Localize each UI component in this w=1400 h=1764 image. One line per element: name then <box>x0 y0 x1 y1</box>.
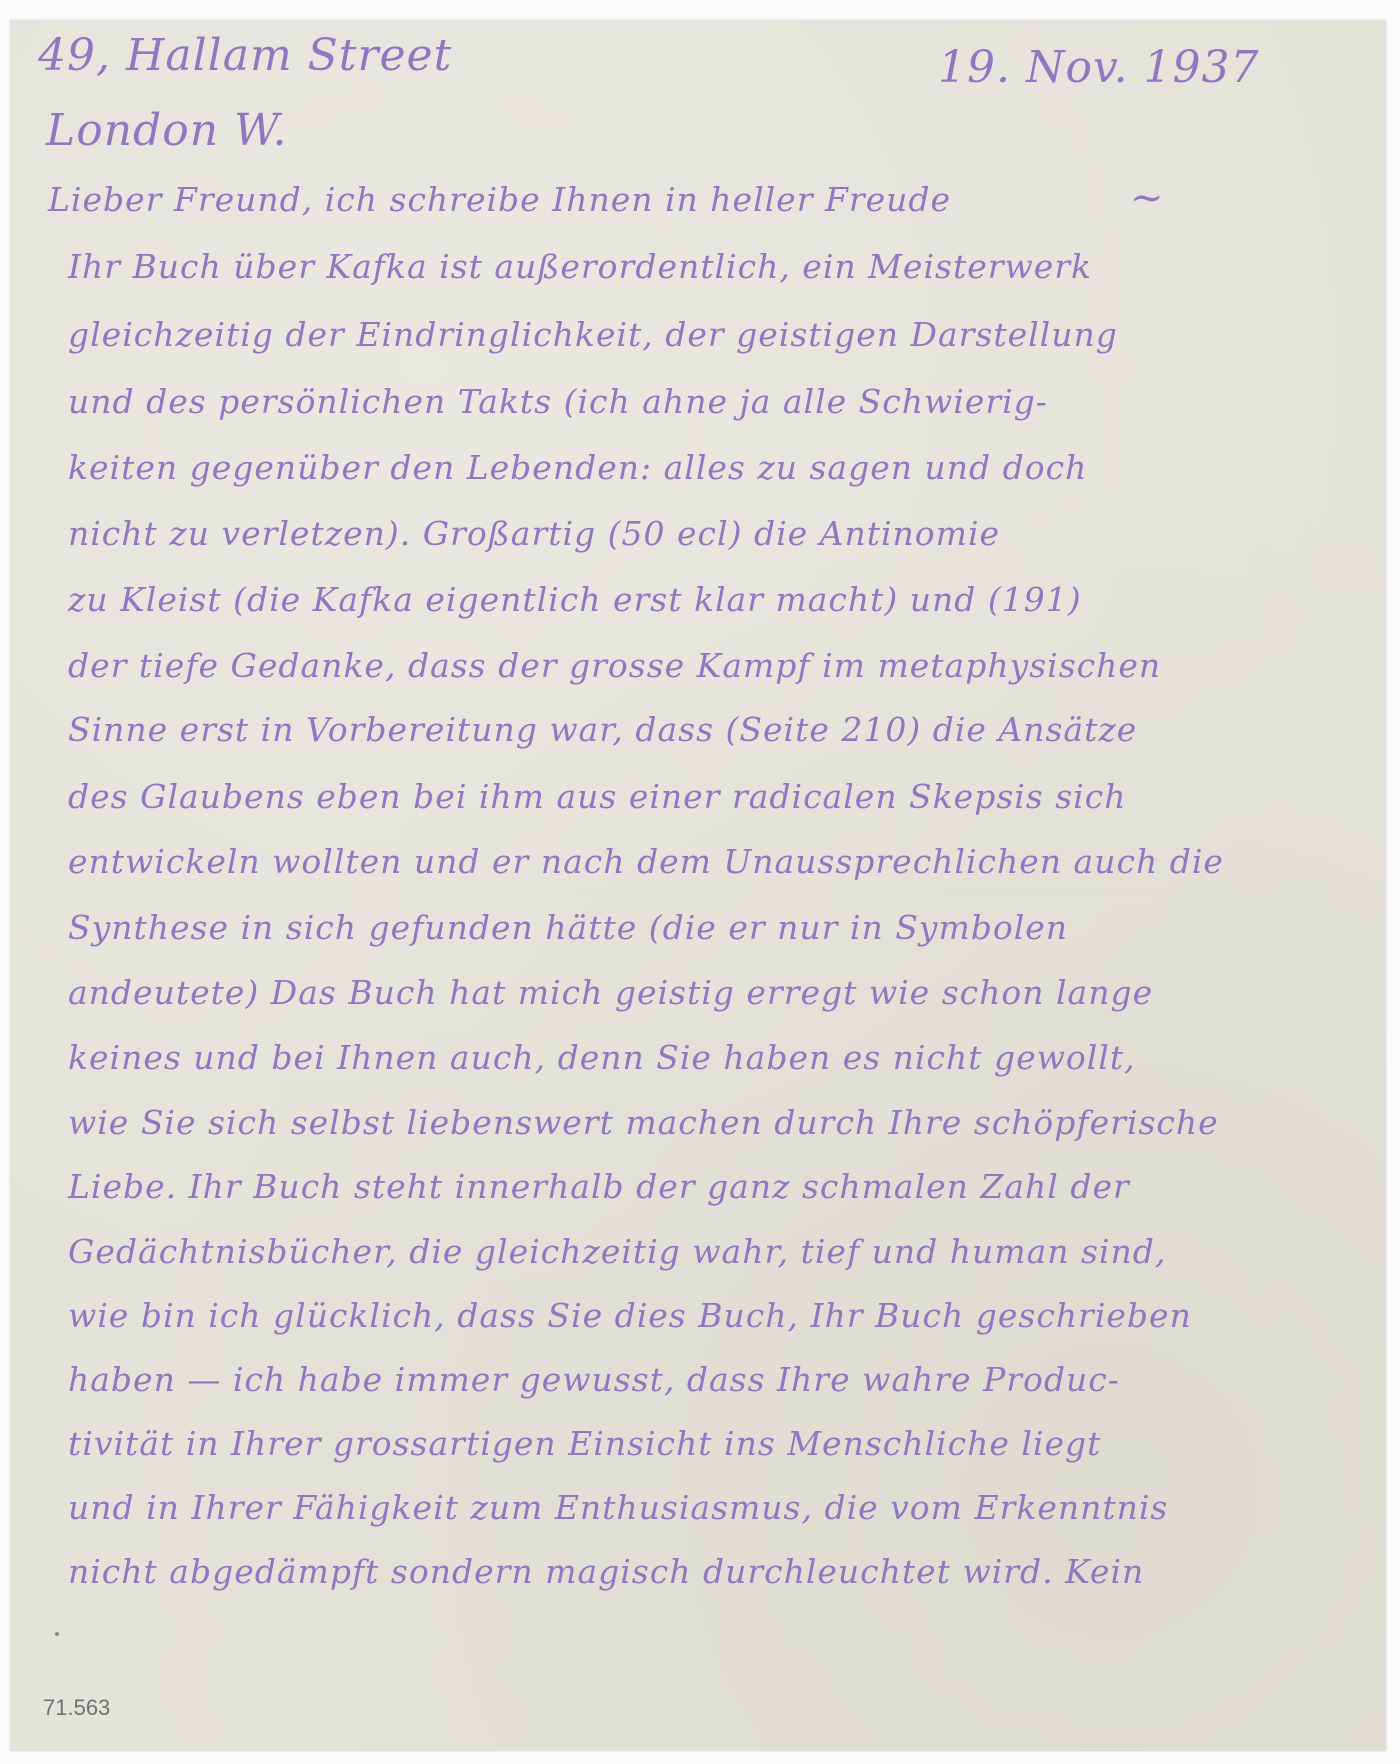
letter-line-20: tivität in Ihrer grossartigen Einsicht i… <box>68 1424 1101 1463</box>
letter-line-9: Sinne erst in Vorbereitung war, dass (Se… <box>68 710 1137 749</box>
letter-line-14: keines und bei Ihnen auch, denn Sie habe… <box>68 1038 1136 1077</box>
letter-line-10: des Glaubens eben bei ihm aus einer radi… <box>68 777 1126 816</box>
letter-line-17: Gedächtnisbücher, die gleichzeitig wahr,… <box>68 1232 1166 1271</box>
letter-line-19: haben — ich habe immer gewusst, dass Ihr… <box>68 1360 1120 1399</box>
letter-line-8: der tiefe Gedanke, dass der grosse Kampf… <box>68 646 1161 685</box>
ink-dot <box>55 1632 59 1636</box>
letter-line-6: nicht zu verletzen). Großartig (50 ecl) … <box>68 514 1000 553</box>
letter-sheet: 49, Hallam Street London W. 19. Nov. 193… <box>10 20 1386 1751</box>
letter-line-11: entwickeln wollten und er nach dem Unaus… <box>68 842 1224 881</box>
letter-line-13: andeutete) Das Buch hat mich geistig err… <box>68 973 1153 1012</box>
letter-line-5: keiten gegenüber den Lebenden: alles zu … <box>68 448 1087 487</box>
letter-date: 19. Nov. 1937 <box>938 42 1260 93</box>
address-line-1: 49, Hallam Street <box>38 30 452 81</box>
paper-fold <box>10 890 1386 892</box>
letter-line-18: wie bin ich glücklich, dass Sie dies Buc… <box>68 1296 1192 1335</box>
letter-line-7: zu Kleist (die Kafka eigentlich erst kla… <box>68 580 1082 619</box>
archive-number: 71.563 <box>43 1695 110 1721</box>
letter-line-22: nicht abgedämpft sondern magisch durchle… <box>68 1552 1144 1591</box>
letter-line-12: Synthese in sich gefunden hätte (die er … <box>68 908 1068 947</box>
letter-line-21: und in Ihrer Fähigkeit zum Enthusiasmus,… <box>68 1488 1168 1527</box>
letter-line-16: Liebe. Ihr Buch steht innerhalb der ganz… <box>68 1167 1130 1206</box>
address-line-2: London W. <box>46 105 288 156</box>
tilde-flourish: ∼ <box>1130 175 1165 221</box>
letter-line-1: Lieber Freund, ich schreibe Ihnen in hel… <box>48 180 951 219</box>
letter-line-2: Ihr Buch über Kafka ist außerordentlich,… <box>68 247 1092 286</box>
letter-line-3: gleichzeitig der Eindringlichkeit, der g… <box>68 315 1118 354</box>
letter-line-4: und des persönlichen Takts (ich ahne ja … <box>68 382 1048 421</box>
letter-line-15: wie Sie sich selbst liebenswert machen d… <box>68 1103 1219 1142</box>
